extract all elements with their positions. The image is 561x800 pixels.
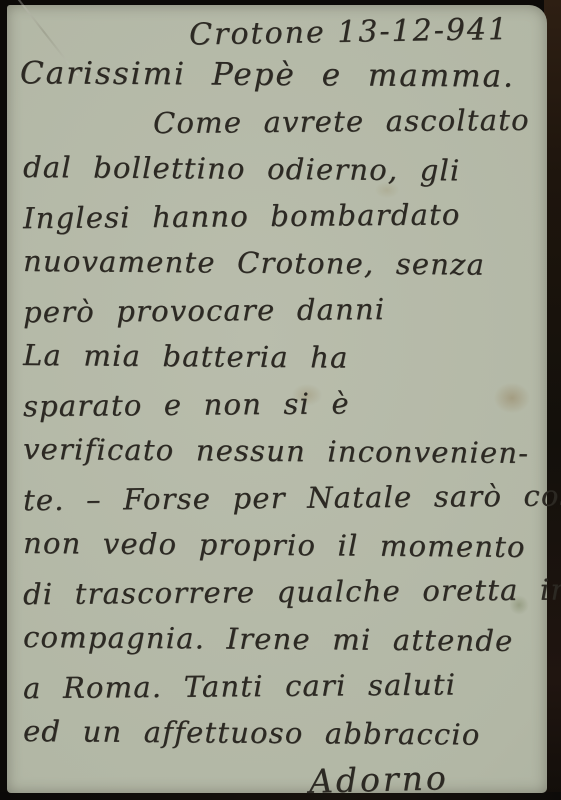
letter-line: ed un affettuoso abbraccio xyxy=(7,709,547,760)
dateline: Crotone 13-12-941 xyxy=(7,0,548,55)
letter-line: dal bollettino odierno, gli xyxy=(7,145,547,196)
postcard-paper: Crotone 13-12-941 Carissimi Pepè e mamma… xyxy=(7,5,547,793)
signature: Adorno xyxy=(309,758,450,800)
letter-line: compagnia. Irene mi attende xyxy=(7,615,547,666)
salutation: Carissimi Pepè e mamma. xyxy=(7,49,547,95)
letter-line: Come avrete ascoltato xyxy=(7,98,547,150)
letter-line: non vedo proprio il momento xyxy=(7,521,547,572)
letter-line: nuovamente Crotone, senza xyxy=(7,239,547,290)
letter-line: Inglesi hanno bombardato xyxy=(7,192,547,244)
letter-line: La mia batteria ha xyxy=(7,333,547,384)
letter-line: di trascorrere qualche oretta in xyxy=(7,568,547,620)
letter-line: sparato e non si è xyxy=(7,380,547,432)
letter-line: te. – Forse per Natale sarò costì xyxy=(7,474,547,526)
letter-line: a Roma. Tanti cari saluti xyxy=(7,662,547,714)
letter-line: però provocare danni xyxy=(7,286,547,338)
scan-edge-bottom xyxy=(0,792,561,800)
letter-line: verificato nessun inconvenien- xyxy=(7,427,547,478)
letter-body: Come avrete ascoltato dal bollettino odi… xyxy=(7,100,547,758)
